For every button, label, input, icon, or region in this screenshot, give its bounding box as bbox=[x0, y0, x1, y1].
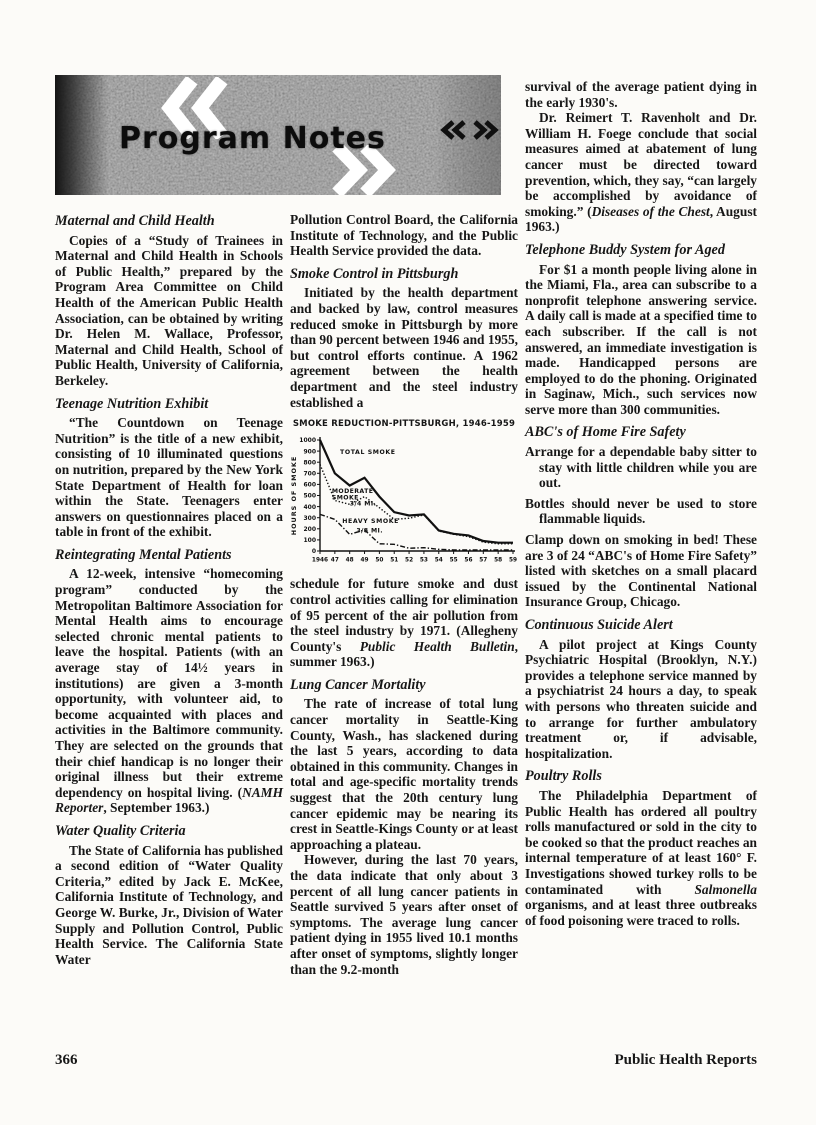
svg-text:49: 49 bbox=[360, 557, 368, 563]
section-heading: Telephone Buddy System for Aged bbox=[525, 243, 757, 259]
column-3: survival of the average patient dying in… bbox=[525, 75, 757, 977]
svg-text:3/8 MI.: 3/8 MI. bbox=[356, 527, 383, 534]
svg-text:900: 900 bbox=[303, 448, 316, 455]
svg-text:53: 53 bbox=[420, 557, 428, 563]
paragraph: “The Countdown on Teenage Nutrition” is … bbox=[55, 415, 283, 540]
svg-text:51: 51 bbox=[390, 557, 398, 563]
svg-text:500: 500 bbox=[303, 492, 316, 499]
svg-text:HOURS OF SMOKE: HOURS OF SMOKE bbox=[290, 455, 298, 534]
section-heading: Water Quality Criteria bbox=[55, 824, 283, 840]
smoke-chart-svg: 0100200300400500600700800900100019464748… bbox=[290, 434, 518, 568]
svg-text:1946: 1946 bbox=[312, 557, 328, 563]
columns-one-two: Maternal and Child HealthCopies of a “St… bbox=[55, 212, 518, 977]
paragraph: schedule for future smoke and dust contr… bbox=[290, 576, 518, 670]
section-heading: ABC's of Home Fire Safety bbox=[525, 425, 757, 441]
paragraph: Initiated by the health department and b… bbox=[290, 285, 518, 410]
chart-title: SMOKE REDUCTION-PITTSBURGH, 1946-1959 bbox=[290, 417, 518, 433]
svg-text:3/4 MI.: 3/4 MI. bbox=[350, 500, 377, 507]
left-column-group: Program Notes Maternal and Child He bbox=[55, 75, 518, 977]
page-footer: 366 Public Health Reports bbox=[55, 1052, 757, 1069]
page-content: Program Notes Maternal and Child He bbox=[55, 75, 759, 977]
svg-text:57: 57 bbox=[479, 557, 487, 563]
paragraph: Clamp down on smoking in bed! These are … bbox=[525, 532, 757, 610]
paragraph: Arrange for a dependable baby sitter to … bbox=[525, 444, 757, 491]
column-1: Maternal and Child HealthCopies of a “St… bbox=[55, 212, 283, 977]
svg-text:0: 0 bbox=[312, 548, 316, 555]
paragraph: survival of the average patient dying in… bbox=[525, 79, 757, 110]
svg-text:50: 50 bbox=[375, 557, 383, 563]
paragraph: Dr. Reimert T. Ravenholt and Dr. William… bbox=[525, 110, 757, 235]
svg-text:200: 200 bbox=[303, 526, 316, 533]
section-heading: Continuous Suicide Alert bbox=[525, 618, 757, 634]
paragraph: Pollution Control Board, the California … bbox=[290, 212, 518, 259]
page-number: 366 bbox=[55, 1052, 78, 1069]
svg-text:52: 52 bbox=[405, 557, 413, 563]
svg-text:400: 400 bbox=[303, 504, 316, 511]
paragraph: A 12-week, intensive “homecoming program… bbox=[55, 566, 283, 816]
svg-text:600: 600 bbox=[303, 481, 316, 488]
program-notes-banner: Program Notes bbox=[55, 75, 501, 195]
svg-text:700: 700 bbox=[303, 470, 316, 477]
guillemets-black-icon bbox=[439, 120, 501, 140]
banner-title: Program Notes bbox=[119, 121, 386, 156]
journal-name: Public Health Reports bbox=[615, 1052, 758, 1069]
paragraph: The Philadelphia Department of Public He… bbox=[525, 788, 757, 928]
svg-text:1000: 1000 bbox=[299, 437, 316, 444]
svg-text:59: 59 bbox=[509, 557, 517, 563]
svg-text:800: 800 bbox=[303, 459, 316, 466]
section-heading: Teenage Nutrition Exhibit bbox=[55, 397, 283, 413]
svg-text:54: 54 bbox=[435, 557, 443, 563]
svg-text:56: 56 bbox=[464, 557, 472, 563]
section-heading: Smoke Control in Pittsburgh bbox=[290, 267, 518, 283]
paragraph: The State of California has published a … bbox=[55, 843, 283, 968]
column-2: Pollution Control Board, the California … bbox=[290, 212, 518, 977]
paragraph: A pilot project at Kings County Psychiat… bbox=[525, 637, 757, 762]
svg-text:100: 100 bbox=[303, 537, 316, 544]
svg-text:TOTAL SMOKE: TOTAL SMOKE bbox=[340, 449, 396, 456]
journal-page: Program Notes Maternal and Child He bbox=[0, 0, 816, 1125]
paragraph: Bottles should never be used to store fl… bbox=[525, 496, 757, 527]
section-heading: Reintegrating Mental Patients bbox=[55, 548, 283, 564]
paragraph: Copies of a “Study of Trainees in Matern… bbox=[55, 233, 283, 389]
section-heading: Poultry Rolls bbox=[525, 769, 757, 785]
paragraph: For $1 a month people living alone in th… bbox=[525, 262, 757, 418]
svg-text:HEAVY SMOKE: HEAVY SMOKE bbox=[342, 518, 399, 525]
paragraph: The rate of increase of total lung cance… bbox=[290, 696, 518, 852]
section-heading: Lung Cancer Mortality bbox=[290, 678, 518, 694]
paragraph: However, during the last 70 years, the d… bbox=[290, 852, 518, 977]
svg-text:55: 55 bbox=[450, 557, 458, 563]
svg-text:48: 48 bbox=[346, 557, 354, 563]
svg-text:300: 300 bbox=[303, 515, 316, 522]
svg-text:58: 58 bbox=[494, 557, 502, 563]
section-heading: Maternal and Child Health bbox=[55, 214, 283, 230]
smoke-reduction-chart: SMOKE REDUCTION-PITTSBURGH, 1946-1959 01… bbox=[290, 417, 518, 571]
svg-text:47: 47 bbox=[331, 557, 339, 563]
